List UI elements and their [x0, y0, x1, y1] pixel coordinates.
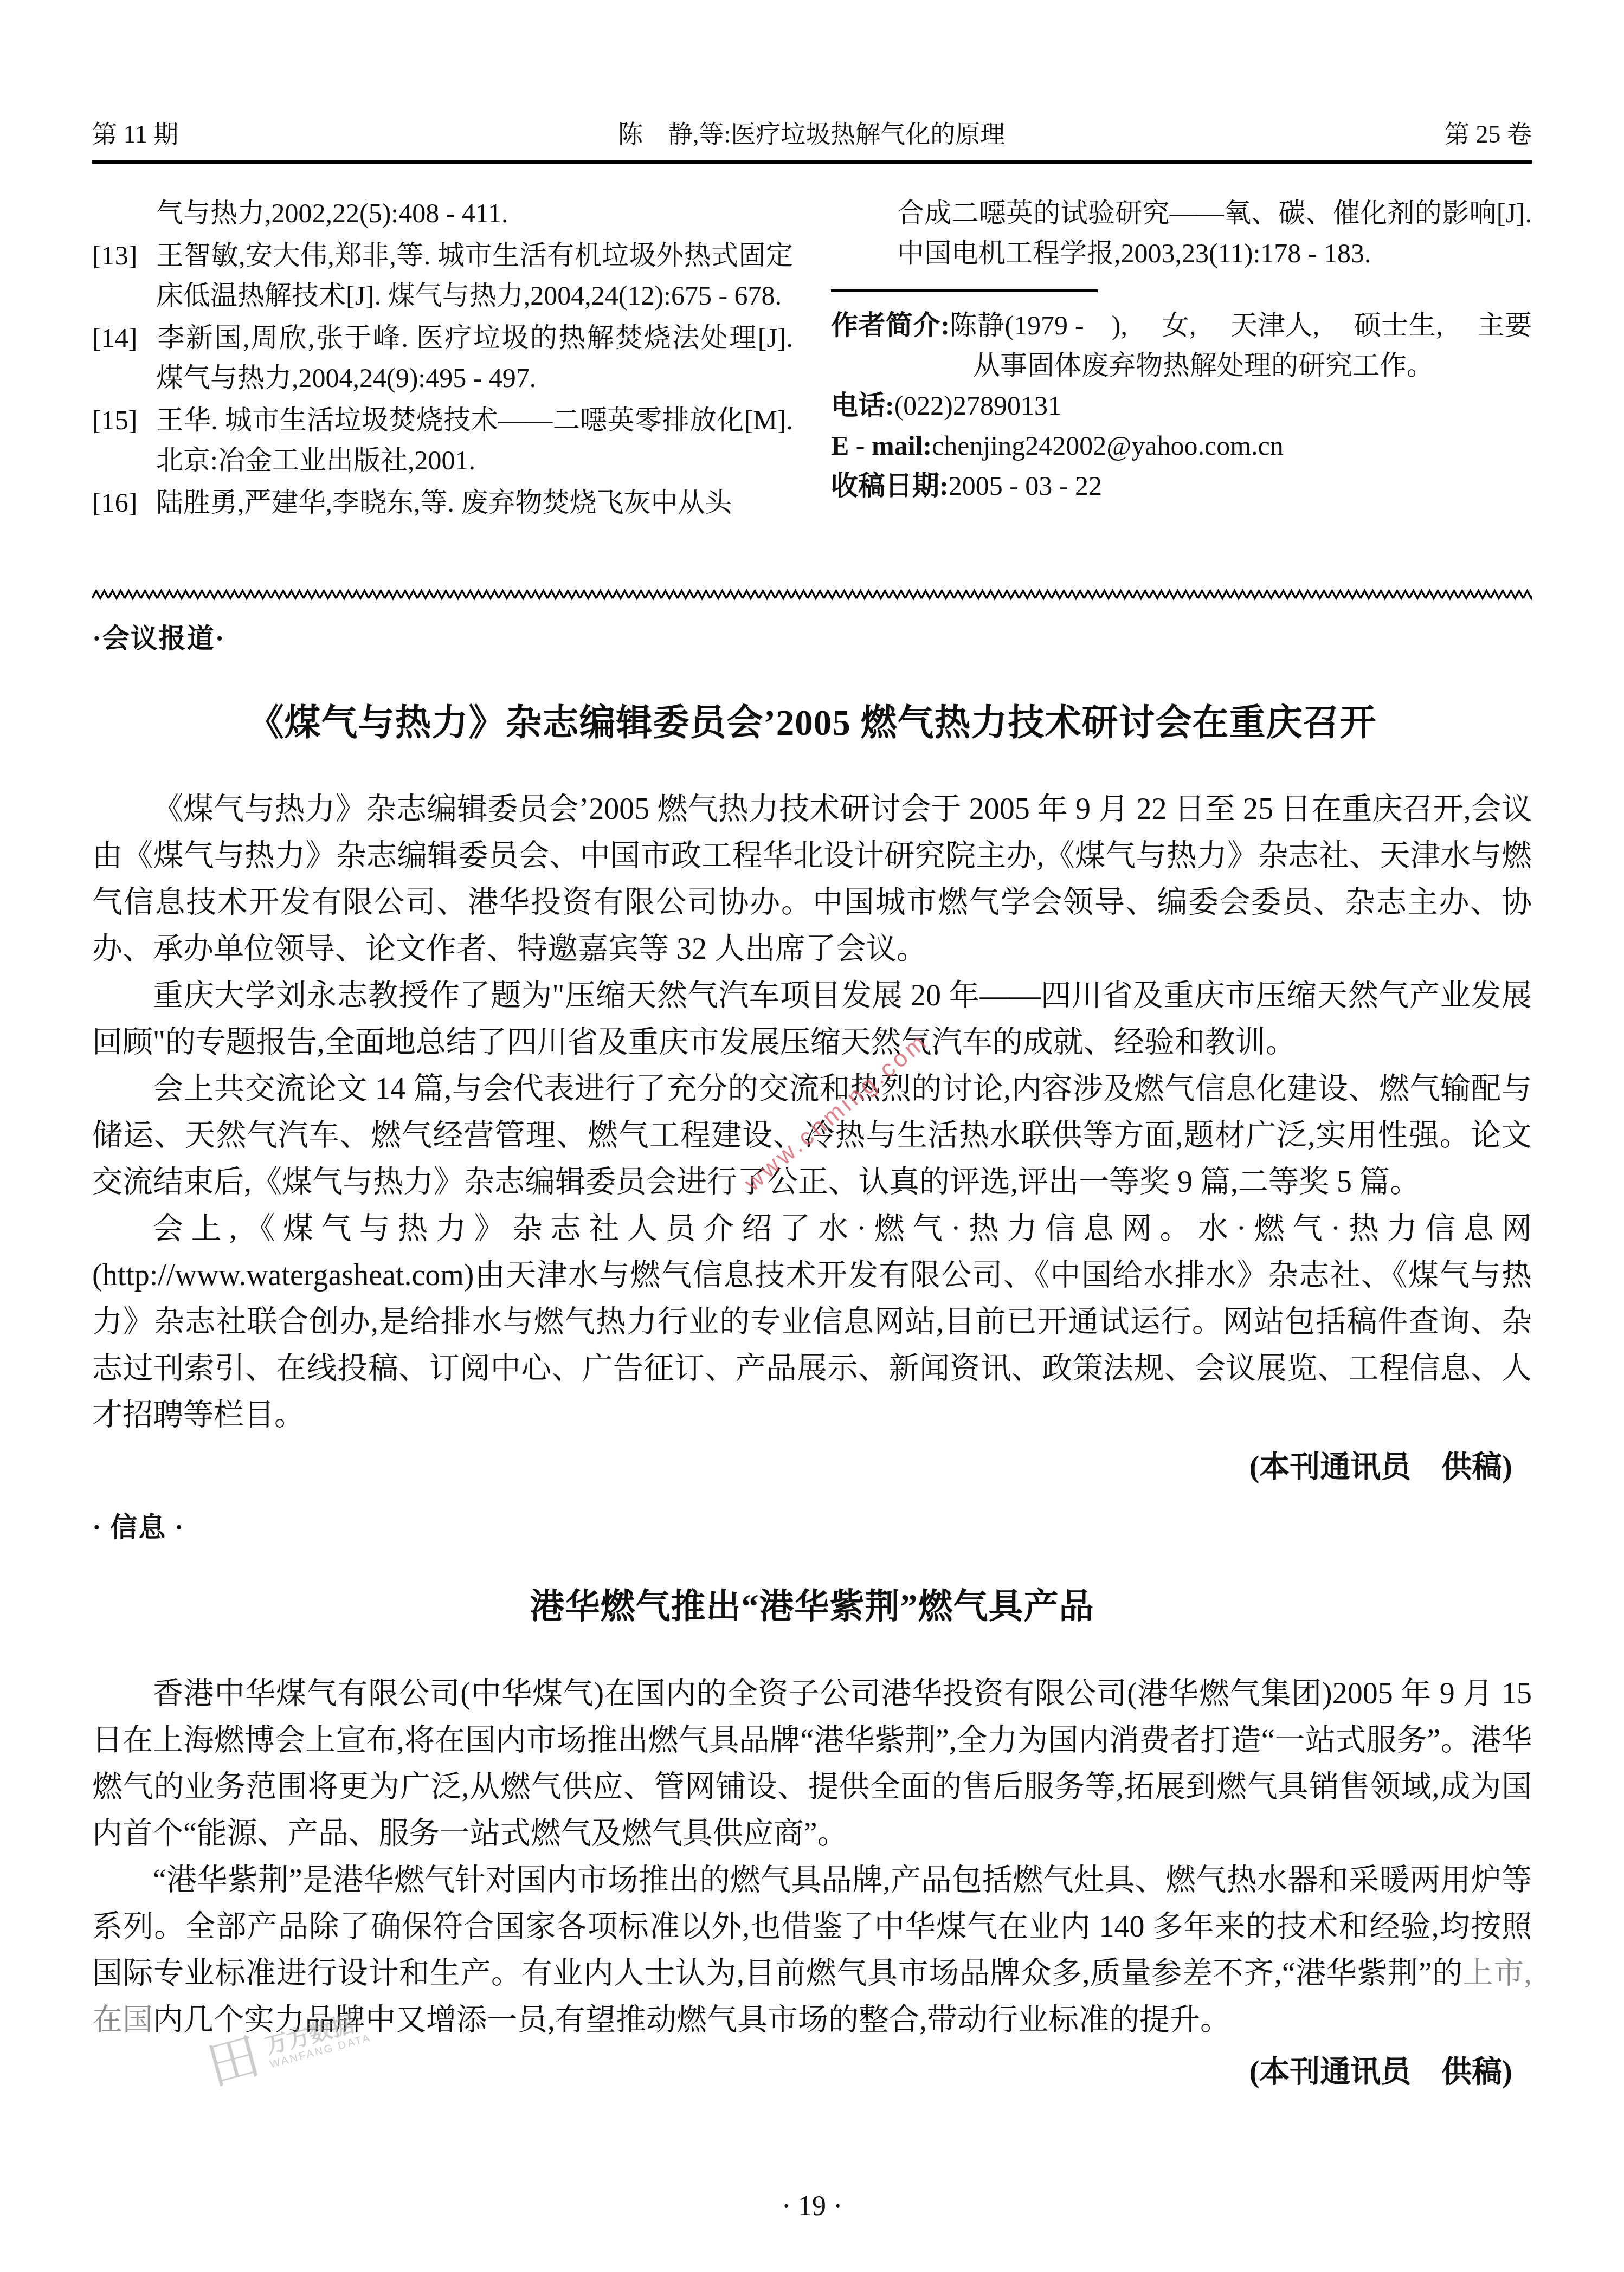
header-issue: 第 11 期: [92, 118, 178, 151]
conference-title: 《煤气与热力》杂志编辑委员会’2005 燃气热力技术研讨会在重庆召开: [92, 694, 1532, 746]
header-rule: [92, 160, 1532, 164]
reference-marker: [15]: [92, 400, 156, 440]
author-phone: 电话:(022)27890131: [831, 385, 1532, 425]
info-paragraph: 香港中华煤气有限公司(中华煤气)在国内的全资子公司港华投资有限公司(港华燃气集团…: [92, 1670, 1532, 1857]
reference-item: [15]王华. 城市生活垃圾焚烧技术——二噁英零排放化[M]. 北京:冶金工业出…: [92, 400, 793, 480]
reference-continuation: 合成二噁英的试验研究——氧、碳、催化剂的影响[J]. 中国电机工程学报,2003…: [831, 193, 1532, 273]
info-paragraph-segment: “港华紫荆”是港华燃气针对国内市场推出的燃气具品牌,产品包括燃气灶具、燃气热水器…: [92, 1863, 1532, 1990]
section-label-info: · 信息 ·: [92, 1506, 1532, 1545]
section-label-conference: ·会议报道·: [92, 617, 1532, 656]
info-paragraph: “港华紫荆”是港华燃气针对国内市场推出的燃气具品牌,产品包括燃气灶具、燃气热水器…: [92, 1857, 1532, 2043]
references-left-column: 气与热力,2002,22(5):408 - 411. [13]王智敏,安大伟,郑…: [92, 193, 793, 525]
reference-marker: [14]: [92, 318, 156, 358]
email-value: chenjing242002@yahoo.com.cn: [932, 430, 1284, 461]
phone-value: (022)27890131: [894, 390, 1061, 421]
header-article-title: 陈 静,等:医疗垃圾热解气化的原理: [618, 118, 1005, 151]
page-number: · 19 ·: [0, 2190, 1624, 2222]
info-title: 港华燃气推出“港华紫荆”燃气具产品: [92, 1578, 1532, 1628]
phone-label: 电话:: [831, 390, 894, 421]
info-paragraph-segment: 内几个实力品牌中又增添一员,有望推动燃气具市场的整合,带动行业标准的提升。: [153, 2003, 1230, 2037]
author-bio: 作者简介:陈静(1979 - ), 女, 天津人, 硕士生, 主要从事固体废弃物…: [831, 305, 1532, 385]
conference-paragraph: 重庆大学刘永志教授作了题为"压缩天然气汽车项目发展 20 年——四川省及重庆市压…: [92, 972, 1532, 1066]
reference-text: 王华. 城市生活垃圾焚烧技术——二噁英零排放化[M]. 北京:冶金工业出版社,2…: [156, 405, 793, 475]
references-section: 气与热力,2002,22(5):408 - 411. [13]王智敏,安大伟,郑…: [92, 193, 1532, 525]
reference-text: 气与热力,2002,22(5):408 - 411.: [156, 198, 508, 228]
author-bio-label: 作者简介:: [831, 310, 950, 340]
header-volume: 第 25 卷: [1445, 118, 1532, 151]
date-value: 2005 - 03 - 22: [949, 470, 1102, 501]
date-label: 收稿日期:: [831, 470, 949, 501]
reference-text: 陆胜勇,严建华,李晓东,等. 废弃物焚烧飞灰中从头: [156, 487, 732, 518]
received-date: 收稿日期:2005 - 03 - 22: [831, 466, 1532, 506]
reference-marker: [13]: [92, 235, 156, 275]
page-header: 第 11 期 陈 静,等:医疗垃圾热解气化的原理 第 25 卷: [92, 118, 1532, 151]
reference-marker: [16]: [92, 482, 156, 522]
references-right-column: 合成二噁英的试验研究——氧、碳、催化剂的影响[J]. 中国电机工程学报,2003…: [831, 193, 1532, 525]
conference-paragraph: 会上共交流论文 14 篇,与会代表进行了充分的交流和热烈的讨论,内容涉及燃气信息…: [92, 1066, 1532, 1205]
reference-item: [14]李新国,周欣,张于峰. 医疗垃圾的热解焚烧法处理[J]. 煤气与热力,2…: [92, 318, 793, 398]
conference-paragraph: 会上,《煤气与热力》杂志社人员介绍了水·燃气·热力信息网。水·燃气·热力信息网(…: [92, 1205, 1532, 1438]
author-bio-text: 陈静(1979 - ), 女, 天津人, 硕士生, 主要从事固体废弃物热解处理的…: [950, 310, 1532, 380]
info-byline: (本刊通讯员 供稿): [92, 2049, 1512, 2095]
journal-page: 第 11 期 陈 静,等:医疗垃圾热解气化的原理 第 25 卷 气与热力,200…: [0, 0, 1624, 2272]
reference-item: [13]王智敏,安大伟,郑非,等. 城市生活有机垃圾外热式固定床低温热解技术[J…: [92, 235, 793, 315]
author-info-rule: [831, 289, 1098, 292]
reference-continuation: 气与热力,2002,22(5):408 - 411.: [92, 193, 793, 233]
zigzag-divider: [92, 588, 1532, 602]
author-email: E - mail:chenjing242002@yahoo.com.cn: [831, 425, 1532, 466]
conference-byline: (本刊通讯员 供稿): [92, 1444, 1512, 1490]
reference-text: 李新国,周欣,张于峰. 医疗垃圾的热解焚烧法处理[J]. 煤气与热力,2004,…: [156, 322, 793, 393]
reference-text: 合成二噁英的试验研究——氧、碳、催化剂的影响[J]. 中国电机工程学报,2003…: [897, 198, 1532, 268]
email-label: E - mail:: [831, 430, 932, 461]
conference-paragraph: 《煤气与热力》杂志编辑委员会’2005 燃气热力技术研讨会于 2005 年 9 …: [92, 786, 1532, 972]
reference-text: 王智敏,安大伟,郑非,等. 城市生活有机垃圾外热式固定床低温热解技术[J]. 煤…: [156, 240, 793, 311]
reference-item: [16]陆胜勇,严建华,李晓东,等. 废弃物焚烧飞灰中从头: [92, 482, 793, 522]
